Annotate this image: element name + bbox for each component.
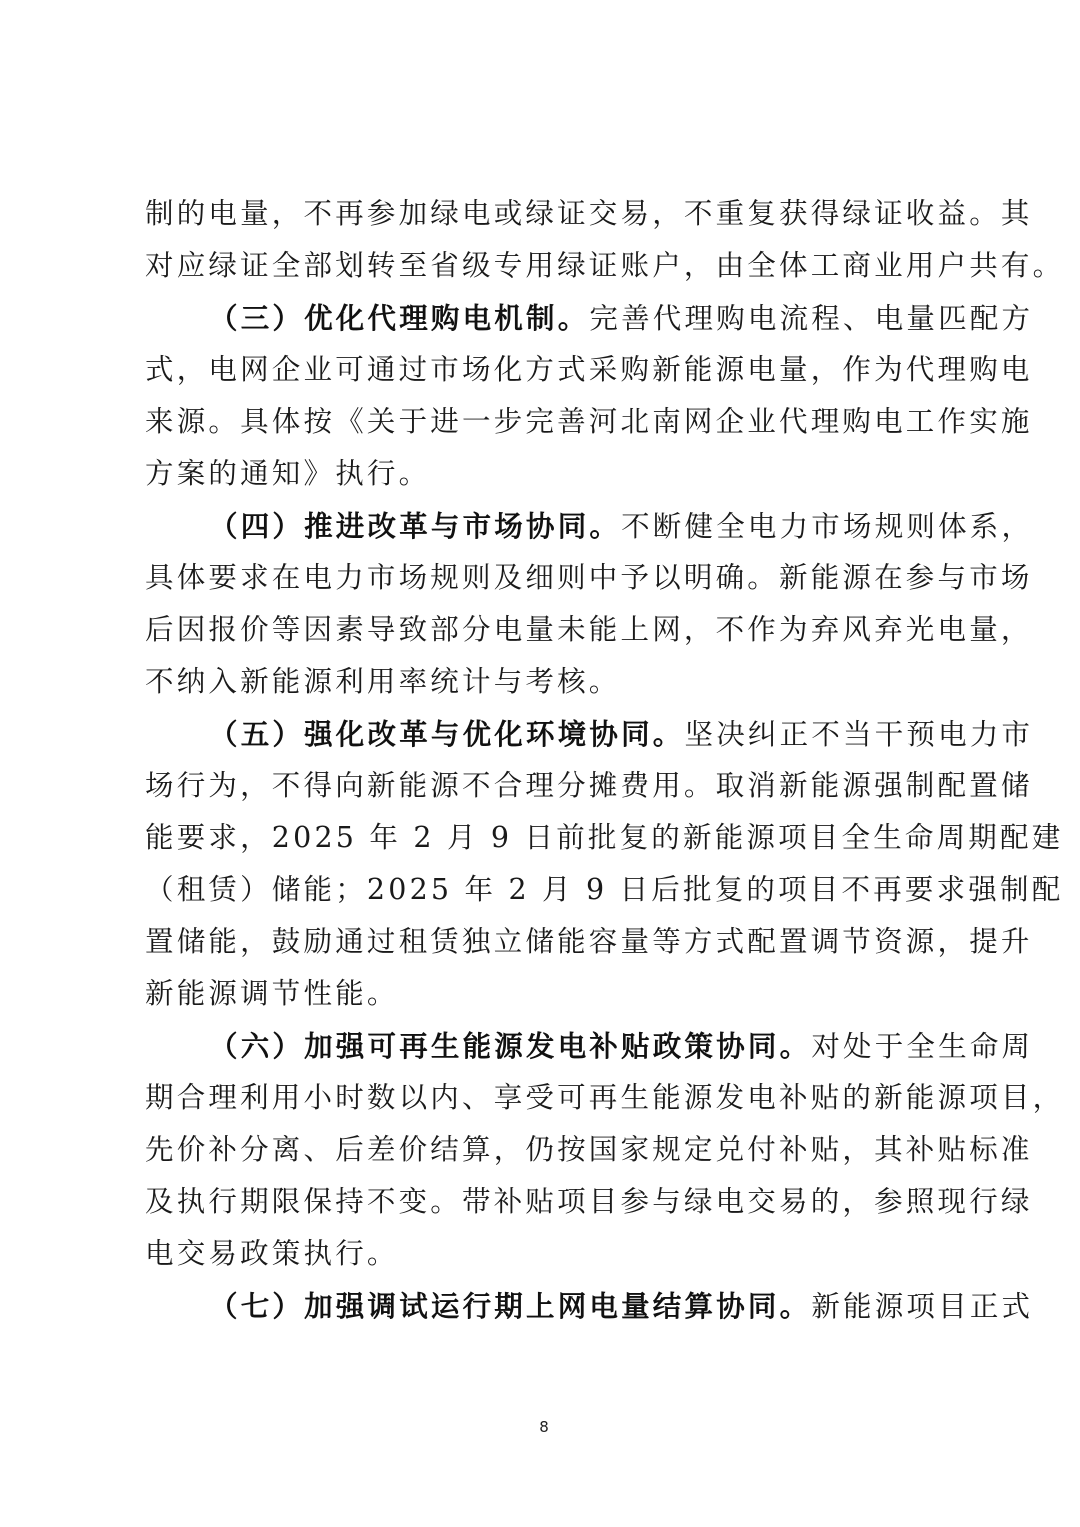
section-text: 坚决纠正不当干预电力市 — [685, 718, 1034, 751]
section-text: 新能源项目正式 — [811, 1290, 1033, 1323]
section-heading: （七）加强调试运行期上网电量结算协同。 — [209, 1289, 811, 1323]
paragraph-line: 后因报价等因素导致部分电量未能上网，不作为弃风弃光电量， — [145, 604, 950, 656]
paragraph-line: 方案的通知》执行。 — [145, 448, 950, 500]
section-6: （六）加强可再生能源发电补贴政策协同。对处于全生命周 期合理利用小时数以内、享受… — [145, 1020, 950, 1280]
paragraph-line: 不纳入新能源利用率统计与考核。 — [145, 656, 950, 708]
section-text: 完善代理购电流程、电量匹配方 — [589, 302, 1033, 335]
section-4: （四）推进改革与市场协同。不断健全电力市场规则体系， 具体要求在电力市场规则及细… — [145, 500, 950, 708]
paragraph-line: 期合理利用小时数以内、享受可再生能源发电补贴的新能源项目， — [145, 1072, 950, 1124]
section-heading: （三）优化代理购电机制。 — [209, 301, 589, 335]
paragraph-line: 先价补分离、后差价结算，仍按国家规定兑付补贴，其补贴标准 — [145, 1124, 950, 1176]
section-text: 对处于全生命周 — [811, 1030, 1033, 1063]
section-heading-line: （三）优化代理购电机制。完善代理购电流程、电量匹配方 — [145, 292, 950, 344]
paragraph-line: 电交易政策执行。 — [145, 1228, 950, 1280]
section-text: 不断健全电力市场规则体系， — [621, 510, 1033, 543]
page-number: 8 — [0, 1418, 1080, 1436]
paragraph-line: 制的电量，不再参加绿电或绿证交易，不重复获得绿证收益。其 — [145, 188, 950, 240]
paragraph-line: （租赁）储能；2025 年 2 月 9 日后批复的项目不再要求强制配 — [145, 864, 950, 916]
paragraph-line: 来源。具体按《关于进一步完善河北南网企业代理购电工作实施 — [145, 396, 950, 448]
section-5: （五）强化改革与优化环境协同。坚决纠正不当干预电力市 场行为，不得向新能源不合理… — [145, 708, 950, 1020]
paragraph-line: 及执行期限保持不变。带补贴项目参与绿电交易的，参照现行绿 — [145, 1176, 950, 1228]
section-heading-line: （七）加强调试运行期上网电量结算协同。新能源项目正式 — [145, 1280, 950, 1332]
paragraph-line: 对应绿证全部划转至省级专用绿证账户，由全体工商业用户共有。 — [145, 240, 950, 292]
section-heading-line: （四）推进改革与市场协同。不断健全电力市场规则体系， — [145, 500, 950, 552]
section-7: （七）加强调试运行期上网电量结算协同。新能源项目正式 — [145, 1280, 950, 1332]
section-heading: （四）推进改革与市场协同。 — [209, 509, 621, 543]
section-heading-line: （五）强化改革与优化环境协同。坚决纠正不当干预电力市 — [145, 708, 950, 760]
paragraph-line: 式，电网企业可通过市场化方式采购新能源电量，作为代理购电 — [145, 344, 950, 396]
paragraph-line: 新能源调节性能。 — [145, 968, 950, 1020]
section-3: （三）优化代理购电机制。完善代理购电流程、电量匹配方 式，电网企业可通过市场化方… — [145, 292, 950, 500]
document-page: 制的电量，不再参加绿电或绿证交易，不重复获得绿证收益。其 对应绿证全部划转至省级… — [145, 188, 950, 1332]
paragraph-line: 场行为，不得向新能源不合理分摊费用。取消新能源强制配置储 — [145, 760, 950, 812]
section-heading-line: （六）加强可再生能源发电补贴政策协同。对处于全生命周 — [145, 1020, 950, 1072]
paragraph-line: 置储能，鼓励通过租赁独立储能容量等方式配置调节资源，提升 — [145, 916, 950, 968]
paragraph-line: 能要求，2025 年 2 月 9 日前批复的新能源项目全生命周期配建 — [145, 812, 950, 864]
section-heading: （六）加强可再生能源发电补贴政策协同。 — [209, 1029, 811, 1063]
section-heading: （五）强化改革与优化环境协同。 — [209, 717, 685, 751]
paragraph-line: 具体要求在电力市场规则及细则中予以明确。新能源在参与市场 — [145, 552, 950, 604]
